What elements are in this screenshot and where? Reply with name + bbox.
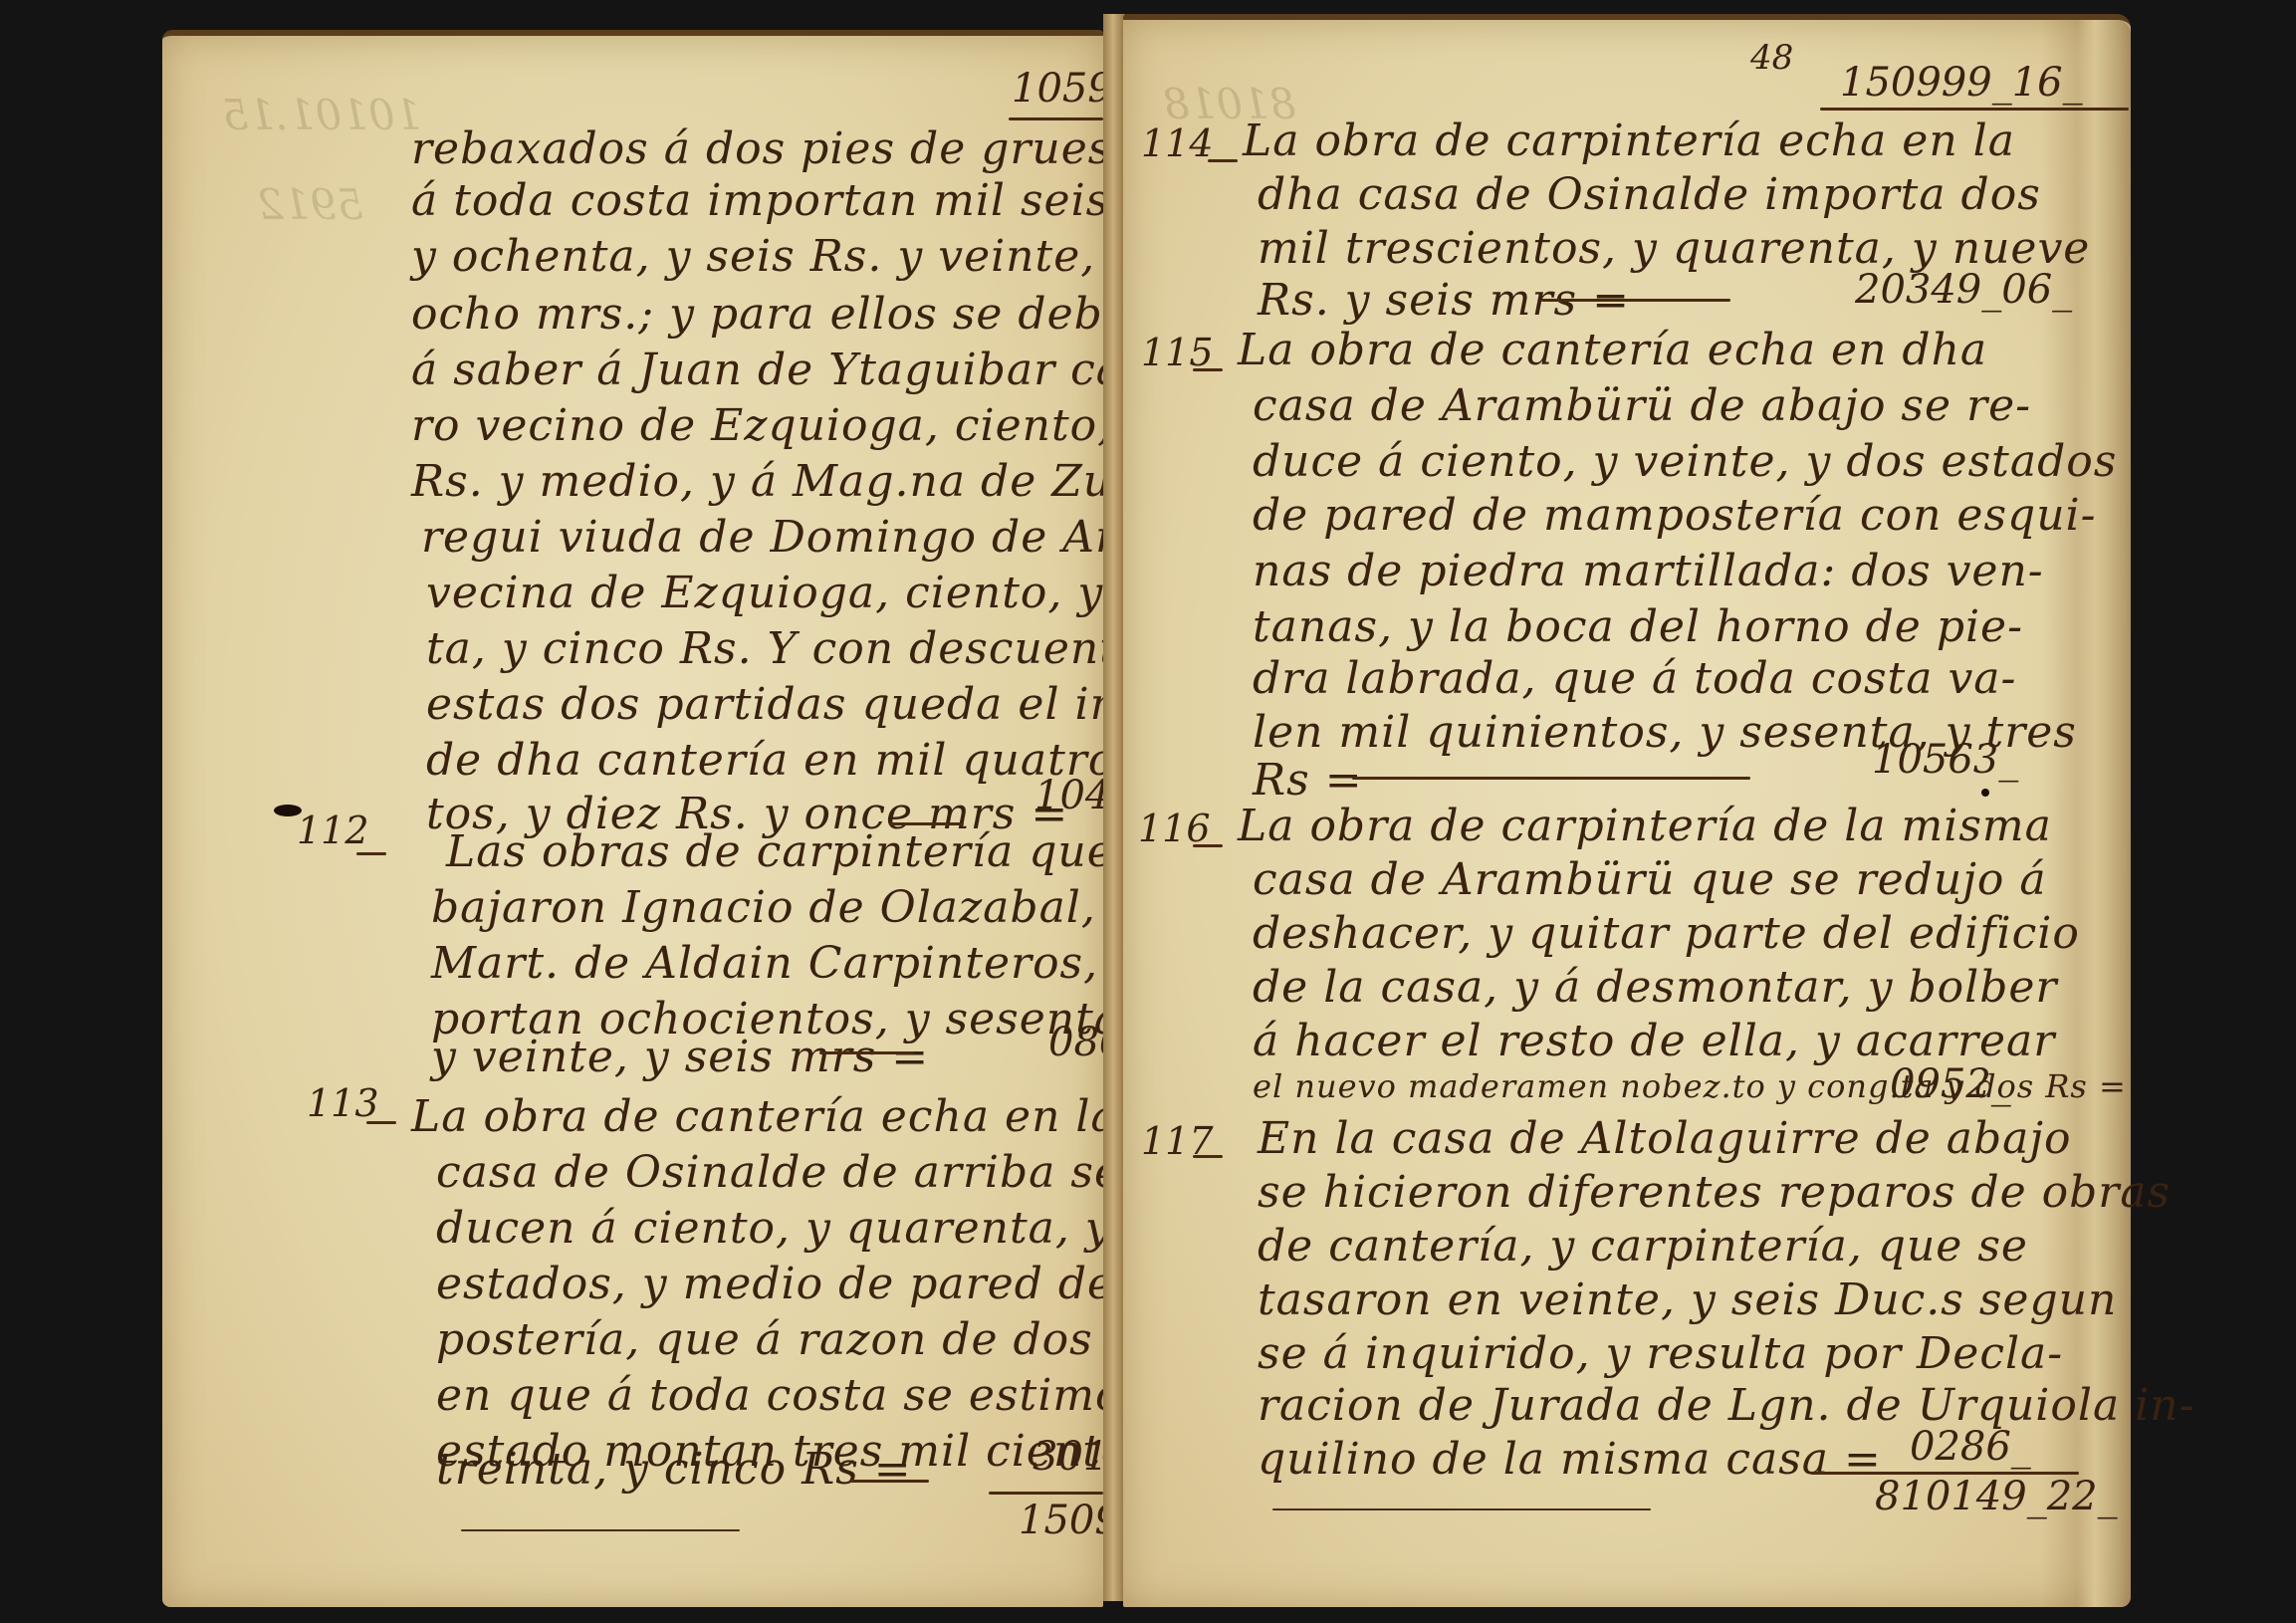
dash bbox=[1193, 1155, 1223, 1158]
bleed-through-text: 5912 bbox=[257, 180, 363, 229]
dash bbox=[1193, 368, 1223, 371]
closing-rule bbox=[1272, 1508, 1651, 1510]
text-line: bajaron Ignacio de Olazabal, y bbox=[431, 882, 1137, 933]
text-line: nas de piedra martillada: dos ven- bbox=[1253, 546, 2044, 596]
text-line: y ochenta, y seis Rs. y veinte, y bbox=[411, 231, 1136, 282]
dash bbox=[1208, 159, 1238, 162]
entry-amount: 0952_ bbox=[1890, 1061, 2011, 1107]
bleed-through-text: 10101.15 bbox=[222, 91, 421, 139]
text-line: de pared de mampostería con esqui- bbox=[1253, 490, 2096, 541]
text-line: Rs = bbox=[1253, 755, 1363, 806]
page-total: 810149_22_ bbox=[1875, 1474, 2118, 1519]
text-line: se hicieron diferentes reparos de obras bbox=[1258, 1167, 2171, 1218]
text-line: deshacer, y quitar parte del edificio bbox=[1253, 908, 2080, 959]
left-page: 10101.15 5912 10593 rebaxados á dos pies… bbox=[162, 30, 1103, 1607]
text-line: En la casa de Altolaguirre de abajo bbox=[1258, 1113, 2072, 1164]
entry-amount: 10563_ bbox=[1872, 737, 2018, 783]
text-line: de la casa, y á desmontar, y bolber bbox=[1253, 962, 2057, 1013]
text-line: casa de Osinalde de arriba se re- bbox=[436, 1147, 1201, 1198]
text-line: se á inquirido, y resulta por Decla- bbox=[1258, 1328, 2063, 1379]
entry-amount: 0286_ bbox=[1910, 1424, 2031, 1470]
entry-number: 112 bbox=[297, 809, 369, 852]
text-line: Las obras de carpintería que tra- bbox=[446, 826, 1213, 877]
text-line: dra labrada, que á toda costa va- bbox=[1253, 653, 2016, 704]
entry-amount: 20349_06_ bbox=[1855, 267, 2072, 313]
text-line: quilino de la misma casa = bbox=[1258, 1434, 1882, 1485]
text-line: La obra de cantería echa en dha bbox=[1238, 325, 1987, 375]
ink-spot bbox=[1981, 789, 1989, 797]
fill-rule bbox=[849, 1480, 929, 1483]
text-line: á saber á Juan de Ytaguibar cante- bbox=[411, 345, 1214, 395]
text-line: ta, y cinco Rs. Y con descuento de bbox=[426, 623, 1217, 674]
carried-total-top: 150999_16_ bbox=[1840, 60, 2083, 106]
sum-rule bbox=[989, 1492, 1103, 1495]
text-line: en que á toda costa se estimó el bbox=[436, 1370, 1180, 1421]
text-line: racion de Jurada de Lgn. de Urquiola in- bbox=[1258, 1380, 2194, 1431]
fill-rule bbox=[819, 1051, 914, 1054]
dash bbox=[366, 1121, 396, 1124]
text-line: La obra de carpintería echa en la bbox=[1243, 116, 2015, 166]
text-line: La obra de cantería echa en la dha bbox=[411, 1091, 1218, 1142]
text-line: casa de Arambürü de abajo se re- bbox=[1253, 380, 2031, 431]
text-line: tasaron en veinte, y seis Duc.s segun bbox=[1258, 1275, 2117, 1325]
text-line: tanas, y la boca del horno de pie- bbox=[1253, 601, 2023, 652]
open-ledger-book: 10101.15 5912 10593 rebaxados á dos pies… bbox=[0, 0, 2296, 1623]
fill-rule bbox=[1352, 777, 1750, 780]
dash bbox=[356, 852, 386, 855]
text-line: La obra de carpintería de la misma bbox=[1238, 801, 2052, 851]
text-line: ducen á ciento, y quarenta, y dos bbox=[436, 1203, 1206, 1254]
fill-rule bbox=[1541, 299, 1730, 302]
closing-rule bbox=[461, 1529, 740, 1531]
folio-number: 48 bbox=[1750, 38, 1793, 78]
text-line: treinta, y cinco Rs = bbox=[436, 1444, 912, 1495]
text-line: á hacer el resto de ella, y acarrear bbox=[1253, 1016, 2055, 1066]
text-line: Mart. de Aldain Carpinteros, im- bbox=[431, 938, 1187, 989]
entry-number: 114 bbox=[1141, 121, 1214, 165]
text-line: postería, que á razon de dos Duc. bbox=[436, 1314, 1214, 1365]
text-line: y veinte, y seis mrs = bbox=[431, 1032, 929, 1082]
text-line: duce á ciento, y veinte, y dos estados bbox=[1253, 436, 2117, 487]
total-rule bbox=[1009, 117, 1103, 120]
book-gutter bbox=[1103, 14, 1125, 1601]
total-rule bbox=[1820, 108, 2129, 111]
dash bbox=[1193, 844, 1223, 847]
right-page: 81018 48 150999_16_ 114 La obra de carpi… bbox=[1123, 14, 2131, 1607]
fill-rule bbox=[889, 822, 964, 825]
text-line: de cantería, y carpintería, que se bbox=[1258, 1221, 2028, 1272]
text-line: casa de Arambürü que se redujo á bbox=[1253, 854, 2047, 905]
text-line: dha casa de Osinalde importa dos bbox=[1258, 169, 2041, 220]
entry-number: 113 bbox=[307, 1081, 379, 1125]
